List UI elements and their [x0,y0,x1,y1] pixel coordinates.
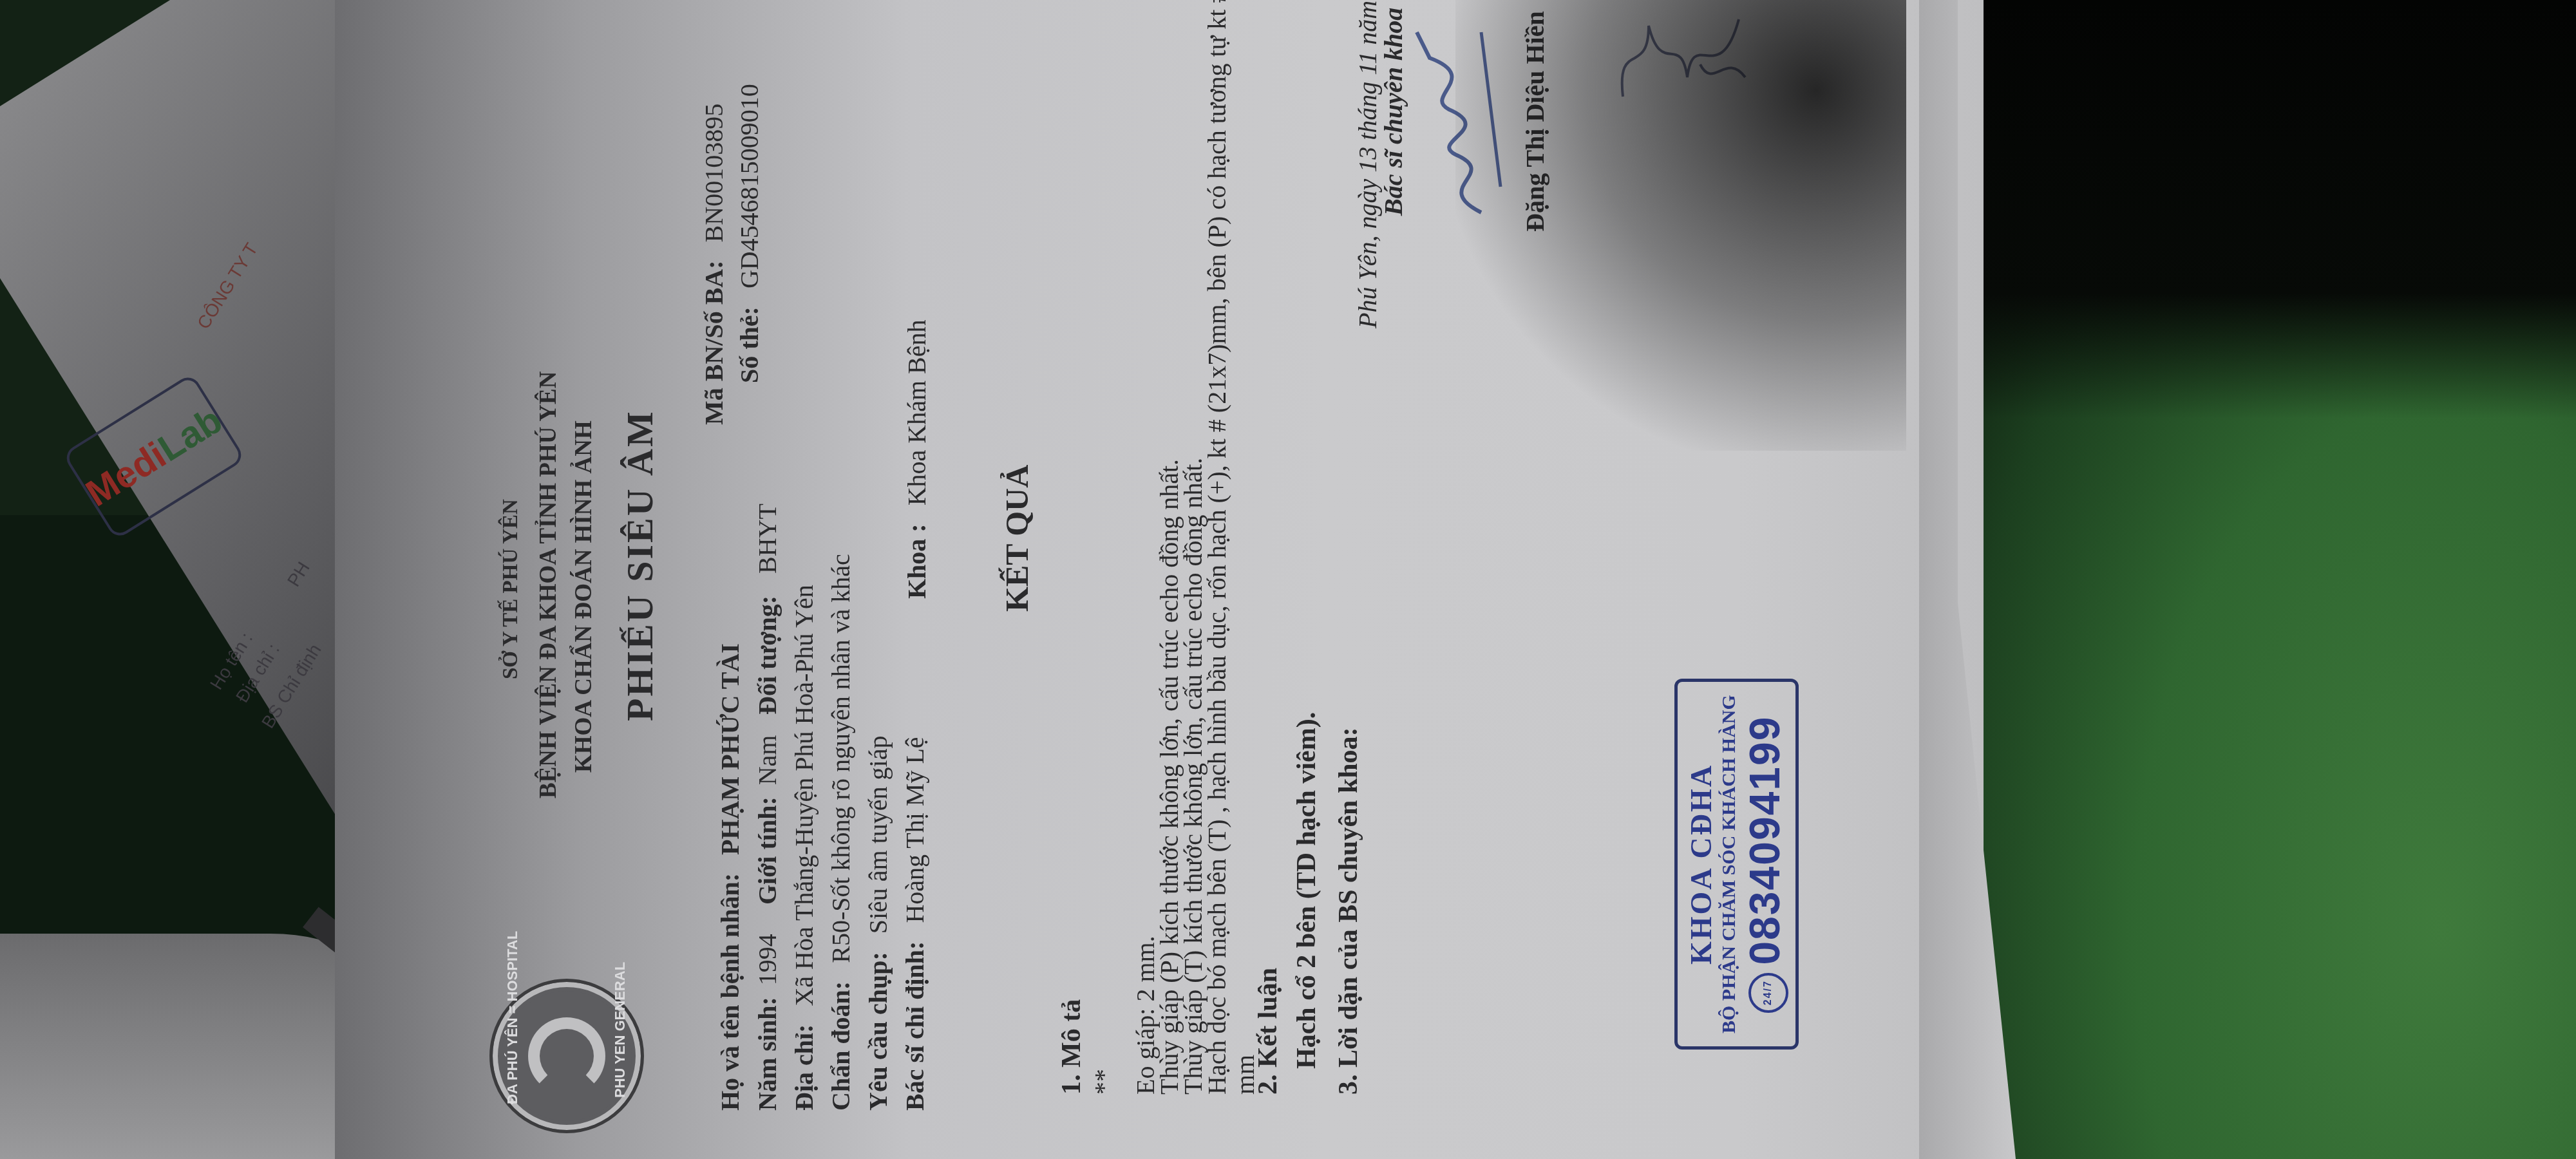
patient-name-label: Họ và tên bệnh nhân: [715,873,744,1111]
phone-24-7-icon: 24/7 [1748,973,1788,1013]
description-line: Hạch dọc bó mạch bên (T) , hạch hình bầu… [1202,0,1232,1095]
ward-label: Khoa : [902,523,931,599]
conclusion-text: Hạch cổ 2 bên (TD hạch viêm). [1291,712,1322,1069]
doctor-value: Hoàng Thị Mỹ Lệ [900,737,929,923]
ward-value: Khoa Khám Bệnh [902,319,931,505]
description-stars: ** [1088,1069,1119,1095]
hospital-logo: ĐA PHÚ YÊN = HOSPITAL PHU YEN GENERAL [489,979,644,1133]
patient-name-row: Họ và tên bệnh nhân: PHẠM PHỨC TÀI [715,643,745,1111]
request-row: Yêu cầu chụp: Siêu âm tuyến giáp [863,736,893,1111]
patient-id-label: Mã BN/Số BA: [699,260,728,425]
patient-id-row: Mã BN/Số BA: BN00103895 [699,104,729,425]
diagnosis-label: Chẩn đoán: [826,981,855,1111]
hospital-logo-emblem [528,1017,605,1095]
category-row: Đối tượng: BHYT [752,504,782,715]
department-stamp: KHOA CĐHA BỘ PHẬN CHĂM SÓC KHÁCH HÀNG 24… [1674,679,1799,1050]
patient-name-value: PHẠM PHỨC TÀI [715,643,744,855]
report-title: PHIẾU SIÊU ÂM [618,410,661,721]
logo-ring-text-bottom: PHU YEN GENERAL [612,962,629,1098]
gender-label: Giới tính: [753,796,782,905]
birth-year-label: Năm sinh: [753,997,782,1111]
background-shadow [1900,0,2576,419]
card-row: Số thẻ: GD4546815009010 [734,84,764,383]
birth-year-value: 1994 [753,934,782,985]
category-value: BHYT [753,504,782,574]
gender-row: Giới tính: Nam [752,735,782,905]
paper-shadow [1455,0,1906,451]
diagnosis-row: Chẩn đoán: R50-Sốt không rõ nguyên nhân … [826,554,856,1111]
stamp-phone-row: 24/70834094199 [1740,695,1789,1033]
address-value: Xã Hòa Thắng-Huyện Phú Hoà-Phú Yên [790,585,819,1006]
stamp-line1: KHOA CĐHA [1684,695,1718,1033]
request-label: Yêu cầu chụp: [864,952,893,1111]
section-conclusion-title: 2. Kết luận [1253,968,1283,1095]
diagnosis-value: R50-Sốt không rõ nguyên nhân và khác [826,554,855,963]
logo-ring-text: ĐA PHÚ YÊN = HOSPITAL [504,931,521,1104]
card-label: Số thẻ: [735,306,764,383]
results-heading: KẾT QUẢ [998,465,1036,612]
section-advice-title: 3. Lời dặn của BS chuyên khoa: [1333,727,1364,1095]
category-label: Đối tượng: [753,596,782,715]
address-label: Địa chỉ: [790,1024,819,1111]
hospital-name: BỆNH VIỆN ĐA KHOA TỈNH PHÚ YÊN [535,372,562,798]
ward-row: Khoa : Khoa Khám Bệnh [902,319,932,599]
section-description-title: 1. Mô tả [1056,999,1087,1095]
stamp-line2: BỘ PHẬN CHĂM SÓC KHÁCH HÀNG [1718,695,1740,1033]
doctor-row: Bác sĩ chỉ định: Hoàng Thị Mỹ Lệ [900,737,930,1111]
doctor-label: Bác sĩ chỉ định: [900,941,929,1111]
address-row: Địa chỉ: Xã Hòa Thắng-Huyện Phú Hoà-Phú … [789,585,819,1111]
dept-health: SỞ Y TẾ PHÚ YÊN [499,499,523,679]
card-value: GD4546815009010 [735,84,764,288]
department-name: KHOA CHẨN ĐOÁN HÌNH ẢNH [570,420,598,773]
request-value: Siêu âm tuyến giáp [864,736,893,934]
patient-id-value: BN00103895 [699,104,728,243]
stamp-phone: 0834094199 [1741,716,1788,965]
birth-year-row: Năm sinh: 1994 [752,934,782,1111]
gender-value: Nam [753,735,782,786]
